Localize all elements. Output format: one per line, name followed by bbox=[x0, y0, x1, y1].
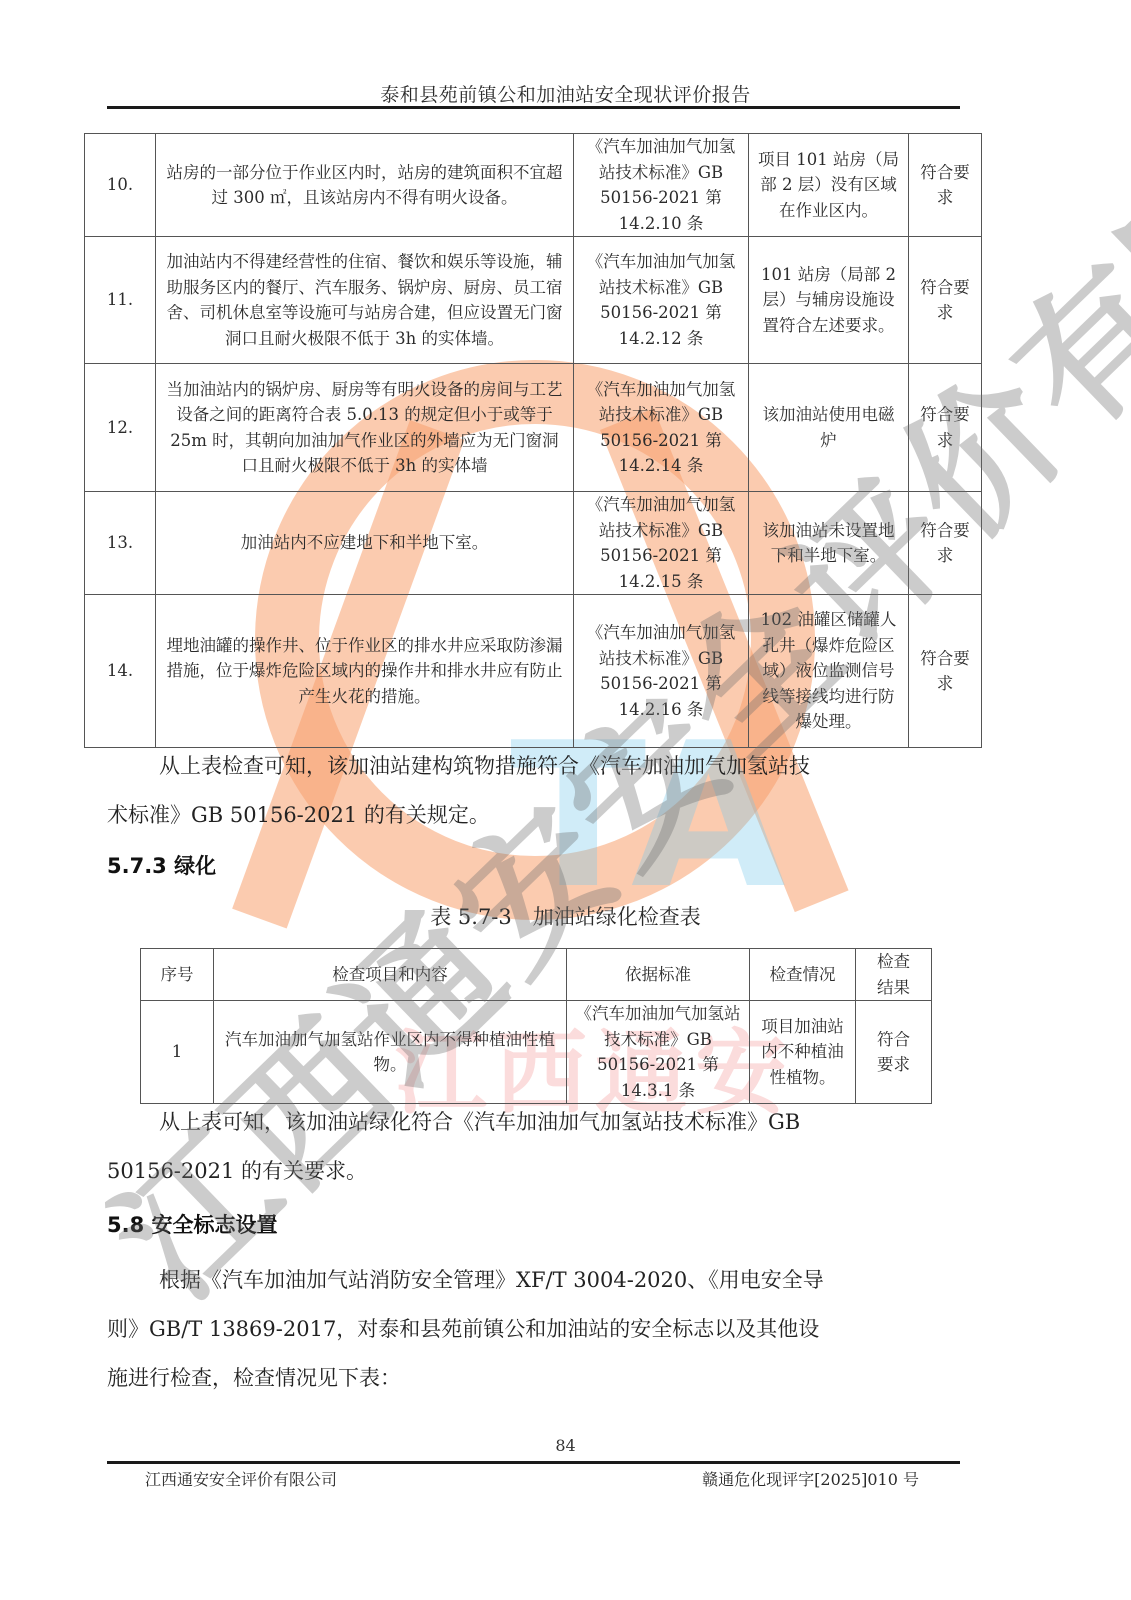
section-heading-5-7-3: 5.7.3 绿化 bbox=[107, 850, 216, 880]
table-row: 12. 当加油站内的锅炉房、厨房等有明火设备的房间与工艺设备之间的距离符合表 5… bbox=[85, 364, 982, 492]
paragraph-building-conclusion: 从上表检查可知，该加油站建构筑物措施符合《汽车加油加气加氢站技 术标准》GB 5… bbox=[107, 742, 960, 840]
row-number: 10. bbox=[85, 134, 156, 237]
check-item: 汽车加油加气加氢站作业区内不得种植油性植物。 bbox=[214, 1001, 567, 1104]
check-situation: 项目 101 站房（局部 2 层）没有区域在作业区内。 bbox=[749, 134, 909, 237]
check-result: 符合要求 bbox=[909, 492, 982, 595]
row-number: 12. bbox=[85, 364, 156, 492]
table-row: 13. 加油站内不应建地下和半地下室。 《汽车加油加气加氢站技术标准》GB 50… bbox=[85, 492, 982, 595]
check-result: 符合要求 bbox=[909, 364, 982, 492]
building-measures-table: 10. 站房的一部分位于作业区内时，站房的建筑面积不宜超过 300 ㎡，且该站房… bbox=[84, 133, 982, 748]
footer-doc-number: 赣通危化现评字[2025]010 号 bbox=[702, 1467, 919, 1490]
check-result: 符合要求 bbox=[856, 1001, 932, 1104]
paragraph-line: 根据《汽车加油加气站消防安全管理》XF/T 3004-2020、《用电安全导 bbox=[107, 1256, 960, 1305]
paragraph-line: 术标准》GB 50156-2021 的有关规定。 bbox=[107, 791, 960, 840]
table-row: 1 汽车加油加气加氢站作业区内不得种植油性植物。 《汽车加油加气加氢站技术标准》… bbox=[141, 1001, 932, 1104]
basis-standard: 《汽车加油加气加氢站技术标准》GB 50156-2021 第 14.3.1 条 bbox=[567, 1001, 750, 1104]
column-header: 检查结果 bbox=[856, 949, 932, 1001]
check-situation: 102 油罐区储罐人孔井（爆炸危险区域）液位监测信号线等接线均进行防爆处理。 bbox=[749, 595, 909, 748]
check-item: 当加油站内的锅炉房、厨房等有明火设备的房间与工艺设备之间的距离符合表 5.0.1… bbox=[156, 364, 574, 492]
column-header: 检查项目和内容 bbox=[214, 949, 567, 1001]
check-result: 符合要求 bbox=[909, 237, 982, 364]
header-rule bbox=[107, 106, 960, 109]
paragraph-line: 从上表可知，该加油站绿化符合《汽车加油加气加氢站技术标准》GB bbox=[107, 1098, 960, 1147]
check-item: 加油站内不得建经营性的住宿、餐饮和娱乐等设施，辅助服务区内的餐厅、汽车服务、锅炉… bbox=[156, 237, 574, 364]
check-result: 符合要求 bbox=[909, 134, 982, 237]
basis-standard: 《汽车加油加气加氢站技术标准》GB 50156-2021 第 14.2.12 条 bbox=[574, 237, 749, 364]
paragraph-line: 施进行检查，检查情况见下表： bbox=[107, 1354, 960, 1403]
basis-standard: 《汽车加油加气加氢站技术标准》GB 50156-2021 第 14.2.10 条 bbox=[574, 134, 749, 237]
row-number: 11. bbox=[85, 237, 156, 364]
table-row: 11. 加油站内不得建经营性的住宿、餐饮和娱乐等设施，辅助服务区内的餐厅、汽车服… bbox=[85, 237, 982, 364]
paragraph-line: 从上表检查可知，该加油站建构筑物措施符合《汽车加油加气加氢站技 bbox=[107, 742, 960, 791]
basis-standard: 《汽车加油加气加氢站技术标准》GB 50156-2021 第 14.2.15 条 bbox=[574, 492, 749, 595]
check-situation: 101 站房（局部 2 层）与辅房设施设置符合左述要求。 bbox=[749, 237, 909, 364]
column-header: 检查情况 bbox=[750, 949, 856, 1001]
table-row: 10. 站房的一部分位于作业区内时，站房的建筑面积不宜超过 300 ㎡，且该站房… bbox=[85, 134, 982, 237]
paragraph-line: 50156-2021 的有关要求。 bbox=[107, 1147, 960, 1196]
table-row: 14. 埋地油罐的操作井、位于作业区的排水井应采取防渗漏措施，位于爆炸危险区域内… bbox=[85, 595, 982, 748]
section-heading-5-8: 5.8 安全标志设置 bbox=[107, 1209, 278, 1239]
check-item: 加油站内不应建地下和半地下室。 bbox=[156, 492, 574, 595]
running-header-title: 泰和县苑前镇公和加油站安全现状评价报告 bbox=[0, 80, 1131, 107]
check-situation: 该加油站未设置地下和半地下室。 bbox=[749, 492, 909, 595]
paragraph-safety-signs: 根据《汽车加油加气站消防安全管理》XF/T 3004-2020、《用电安全导 则… bbox=[107, 1256, 960, 1403]
paragraph-line: 则》GB/T 13869-2017，对泰和县苑前镇公和加油站的安全标志以及其他设 bbox=[107, 1305, 960, 1354]
paragraph-greening-conclusion: 从上表可知，该加油站绿化符合《汽车加油加气加氢站技术标准》GB 50156-20… bbox=[107, 1098, 960, 1196]
page-number: 84 bbox=[0, 1436, 1131, 1455]
column-header: 依据标准 bbox=[567, 949, 750, 1001]
table-caption: 表 5.7-3 加油站绿化检查表 bbox=[0, 901, 1131, 931]
table-header-row: 序号 检查项目和内容 依据标准 检查情况 检查结果 bbox=[141, 949, 932, 1001]
document-page: 泰和县苑前镇公和加油站安全现状评价报告 10. 站房的一部分位于作业区内时，站房… bbox=[0, 0, 1131, 1600]
footer-company: 江西通安安全评价有限公司 bbox=[145, 1467, 337, 1490]
basis-standard: 《汽车加油加气加氢站技术标准》GB 50156-2021 第 14.2.16 条 bbox=[574, 595, 749, 748]
check-situation: 项目加油站内不种植油性植物。 bbox=[750, 1001, 856, 1104]
check-item: 埋地油罐的操作井、位于作业区的排水井应采取防渗漏措施，位于爆炸危险区域内的操作井… bbox=[156, 595, 574, 748]
row-number: 14. bbox=[85, 595, 156, 748]
check-situation: 该加油站使用电磁炉 bbox=[749, 364, 909, 492]
column-header: 序号 bbox=[141, 949, 214, 1001]
check-item: 站房的一部分位于作业区内时，站房的建筑面积不宜超过 300 ㎡，且该站房内不得有… bbox=[156, 134, 574, 237]
basis-standard: 《汽车加油加气加氢站技术标准》GB 50156-2021 第 14.2.14 条 bbox=[574, 364, 749, 492]
row-number: 1 bbox=[141, 1001, 214, 1104]
row-number: 13. bbox=[85, 492, 156, 595]
footer-rule bbox=[107, 1461, 960, 1464]
greening-check-table: 序号 检查项目和内容 依据标准 检查情况 检查结果 1 汽车加油加气加氢站作业区… bbox=[140, 948, 932, 1104]
check-result: 符合要求 bbox=[909, 595, 982, 748]
